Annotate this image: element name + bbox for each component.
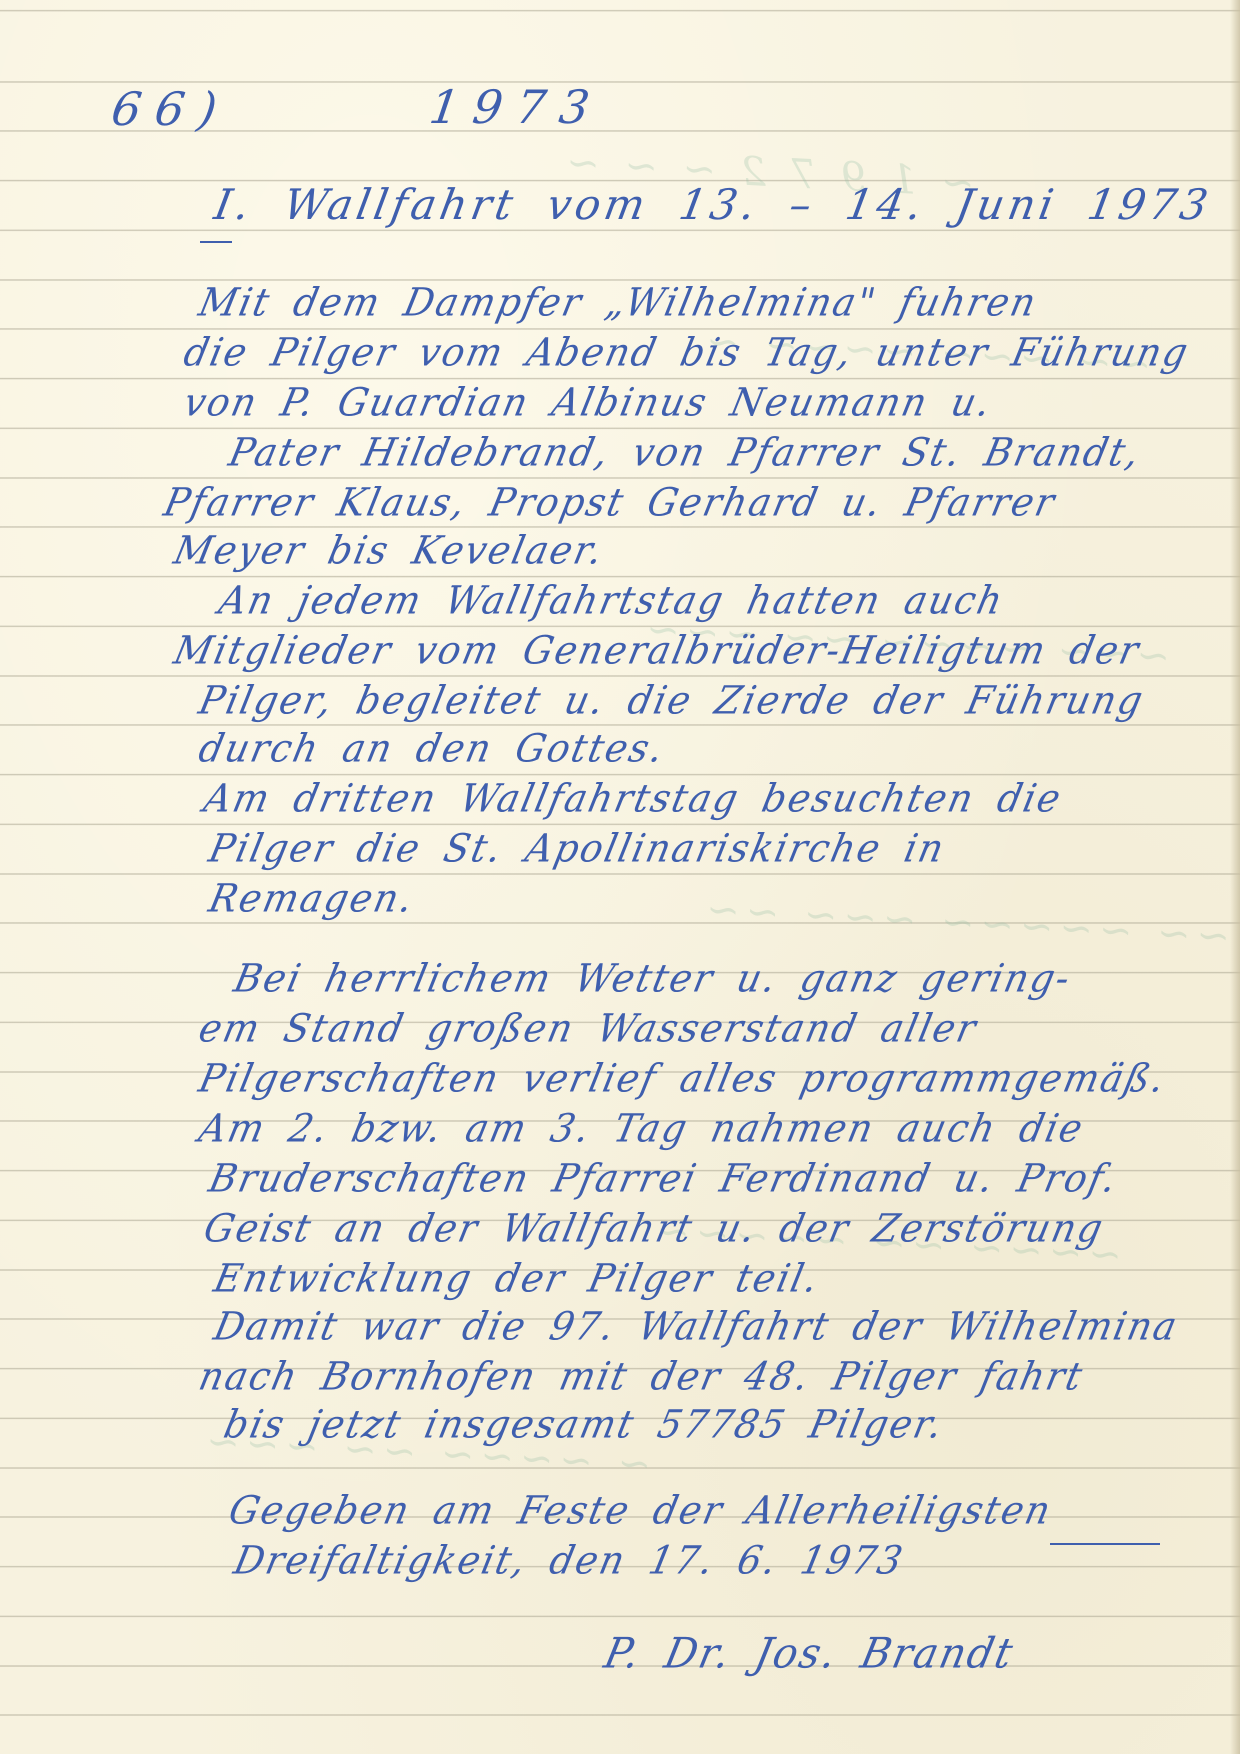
signature: P. Dr. Jos. Brandt: [600, 1630, 1019, 1678]
title-underline: [200, 241, 232, 243]
page-binding-edge: [1230, 0, 1240, 1754]
title-numeral: I.: [211, 180, 258, 229]
notebook-page: ~ 1 9 7 2 ~ ~ ~ ~~ ~~~ ~~~~ ~ ~~~ ~~~~ ~…: [0, 0, 1240, 1754]
text-line: Mitglieder vom Generalbrüder-Heiligtum d…: [170, 628, 1144, 673]
text-line: em Stand großen Wasserstand aller: [195, 1006, 982, 1051]
closing-dash: [1050, 1543, 1160, 1545]
text-line: Meyer bis Kevelaer.: [170, 528, 608, 573]
text-line: Entwicklung der Pilger teil.: [210, 1256, 824, 1301]
text-line: Bruderschaften Pfarrei Ferdinand u. Prof…: [205, 1156, 1122, 1201]
title-text: Wallfahrt vom 13. – 14. Juni 1973: [280, 180, 1215, 229]
text-line: Remagen.: [205, 876, 419, 921]
text-line: durch an den Gottes.: [195, 726, 669, 771]
text-line: An jedem Wallfahrtstag hatten auch: [215, 578, 1008, 623]
text-line: nach Bornhofen mit der 48. Pilger fahrt: [195, 1354, 1088, 1399]
text-line: Am dritten Wallfahrtstag besuchten die: [200, 776, 1066, 821]
text-line: Bei herrlichem Wetter u. ganz gering-: [230, 956, 1076, 1001]
closing-line: Gegeben am Feste der Allerheiligsten: [225, 1488, 1056, 1533]
year-heading: 1973: [426, 80, 607, 134]
text-line: Am 2. bzw. am 3. Tag nahmen auch die: [195, 1106, 1088, 1151]
text-line: die Pilger vom Abend bis Tag, unter Führ…: [180, 330, 1194, 375]
date-line: Dreifaltigkeit, den 17. 6. 1973: [230, 1538, 908, 1583]
text-line: von P. Guardian Albinus Neumann u.: [180, 380, 996, 425]
text-line: Mit dem Dampfer „Wilhelmina" fuhren: [195, 280, 1042, 325]
entry-title: I. Wallfahrt vom 13. – 14. Juni 1973: [211, 180, 1216, 229]
text-line: Damit war die 97. Wallfahrt der Wilhelmi…: [210, 1304, 1183, 1349]
text-line: bis jetzt insgesamt 57785 Pilger.: [220, 1402, 948, 1447]
text-line: Pfarrer Klaus, Propst Gerhard u. Pfarrer: [160, 480, 1060, 525]
text-line: Pater Hildebrand, von Pfarrer St. Brandt…: [225, 430, 1145, 475]
text-line: Pilgerschaften verlief alles programmgem…: [195, 1056, 1170, 1101]
text-line: Pilger, begleitet u. die Zierde der Führ…: [195, 678, 1149, 723]
text-line: Geist an der Wallfahrt u. der Zerstörung: [200, 1206, 1108, 1251]
page-number: 66): [108, 82, 234, 136]
text-line: Pilger die St. Apollinariskirche in: [205, 826, 950, 871]
